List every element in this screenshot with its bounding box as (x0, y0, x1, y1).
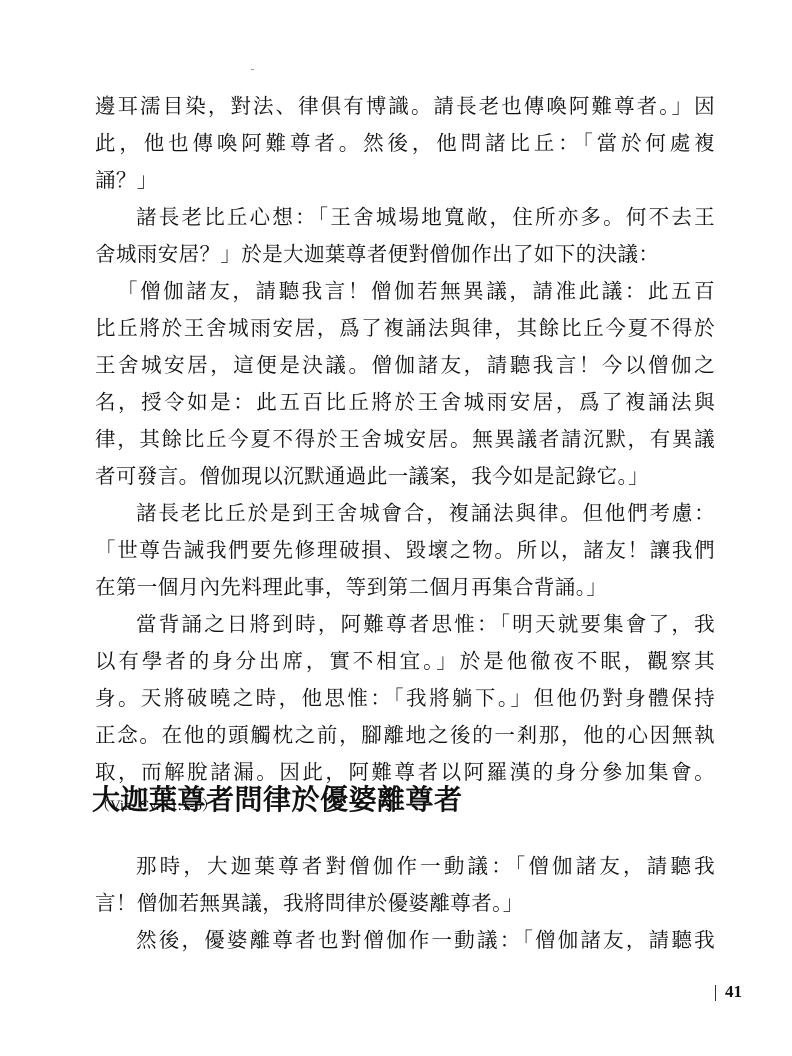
paragraph-start-line: 諸長老比丘心想：「王舍城場地寬敞，住所亦多。何不去王 (95, 199, 715, 236)
text-line: 言！僧伽若無異議，我將問律於優婆離尊者。」 (95, 885, 715, 922)
section-heading: 大迦葉尊者問律於優婆離尊者 (92, 778, 463, 818)
text-line: 以有學者的身分出席，實不相宜。」於是他徹夜不眠，觀察其 (95, 643, 715, 680)
main-text-block: 邊耳濡目染，對法、律俱有博識。請長老也傳喚阿難尊者。」因 此，他也傳喚阿難尊者。… (95, 88, 715, 825)
paragraph-start-line: 「僧伽諸友，請聽我言！僧伽若無異議，請准此議：此五百 (95, 273, 715, 310)
page-number-value: 41 (725, 982, 742, 1001)
text-line: 者可發言。僧伽現以沉默通過此一議案，我今如是記錄它。」 (95, 458, 715, 495)
text-line: 邊耳濡目染，對法、律俱有博識。請長老也傳喚阿難尊者。」因 (95, 88, 715, 125)
text-line: 「世尊告誡我們要先修理破損、毀壞之物。所以，諸友！讓我們 (95, 532, 715, 569)
text-line: 身。天將破曉之時，他思惟：「我將躺下。」但他仍對身體保持 (95, 680, 715, 717)
paragraph-start-line: 然後，優婆離尊者也對僧伽作一動議：「僧伽諸友，請聽我 (95, 922, 715, 959)
text-line: 舍城雨安居？」於是大迦葉尊者便對僧伽作出了如下的決議： (95, 236, 715, 273)
text-line: 王舍城安居，這便是決議。僧伽諸友，請聽我言！今以僧伽之 (95, 347, 715, 384)
text-line: 律，其餘比丘今夏不得於王舍城安居。無異議者請沉默，有異議 (95, 421, 715, 458)
paragraph-start-line: 當背誦之日將到時，阿難尊者思惟：「明天就要集會了，我 (95, 606, 715, 643)
text-line: 此，他也傳喚阿難尊者。然後，他問諸比丘：「當於何處複 (95, 125, 715, 162)
text-line: 比丘將於王舍城雨安居，爲了複誦法與律，其餘比丘今夏不得於 (95, 310, 715, 347)
page-number: 41 (715, 982, 742, 1002)
text-line: 誦？」 (95, 162, 715, 199)
text-line: 在第一個月內先料理此事，等到第二個月再集合背誦。」 (95, 569, 715, 606)
book-page: 邊耳濡目染，對法、律俱有博識。請長老也傳喚阿難尊者。」因 此，他也傳喚阿難尊者。… (0, 0, 792, 1056)
section-text-block: 那時，大迦葉尊者對僧伽作一動議：「僧伽諸友，請聽我 言！僧伽若無異議，我將問律於… (95, 848, 715, 959)
paragraph-start-line: 那時，大迦葉尊者對僧伽作一動議：「僧伽諸友，請聽我 (95, 848, 715, 885)
text-line: 名，授令如是：此五百比丘將於王舍城雨安居，爲了複誦法與 (95, 384, 715, 421)
scan-artifact (251, 69, 254, 70)
text-line: 正念。在他的頭觸枕之前，腳離地之後的一剎那，他的心因無執 (95, 717, 715, 754)
paragraph-start-line: 諸長老比丘於是到王舍城會合，複誦法與律。但他們考慮： (95, 495, 715, 532)
folio-divider (715, 985, 716, 1001)
